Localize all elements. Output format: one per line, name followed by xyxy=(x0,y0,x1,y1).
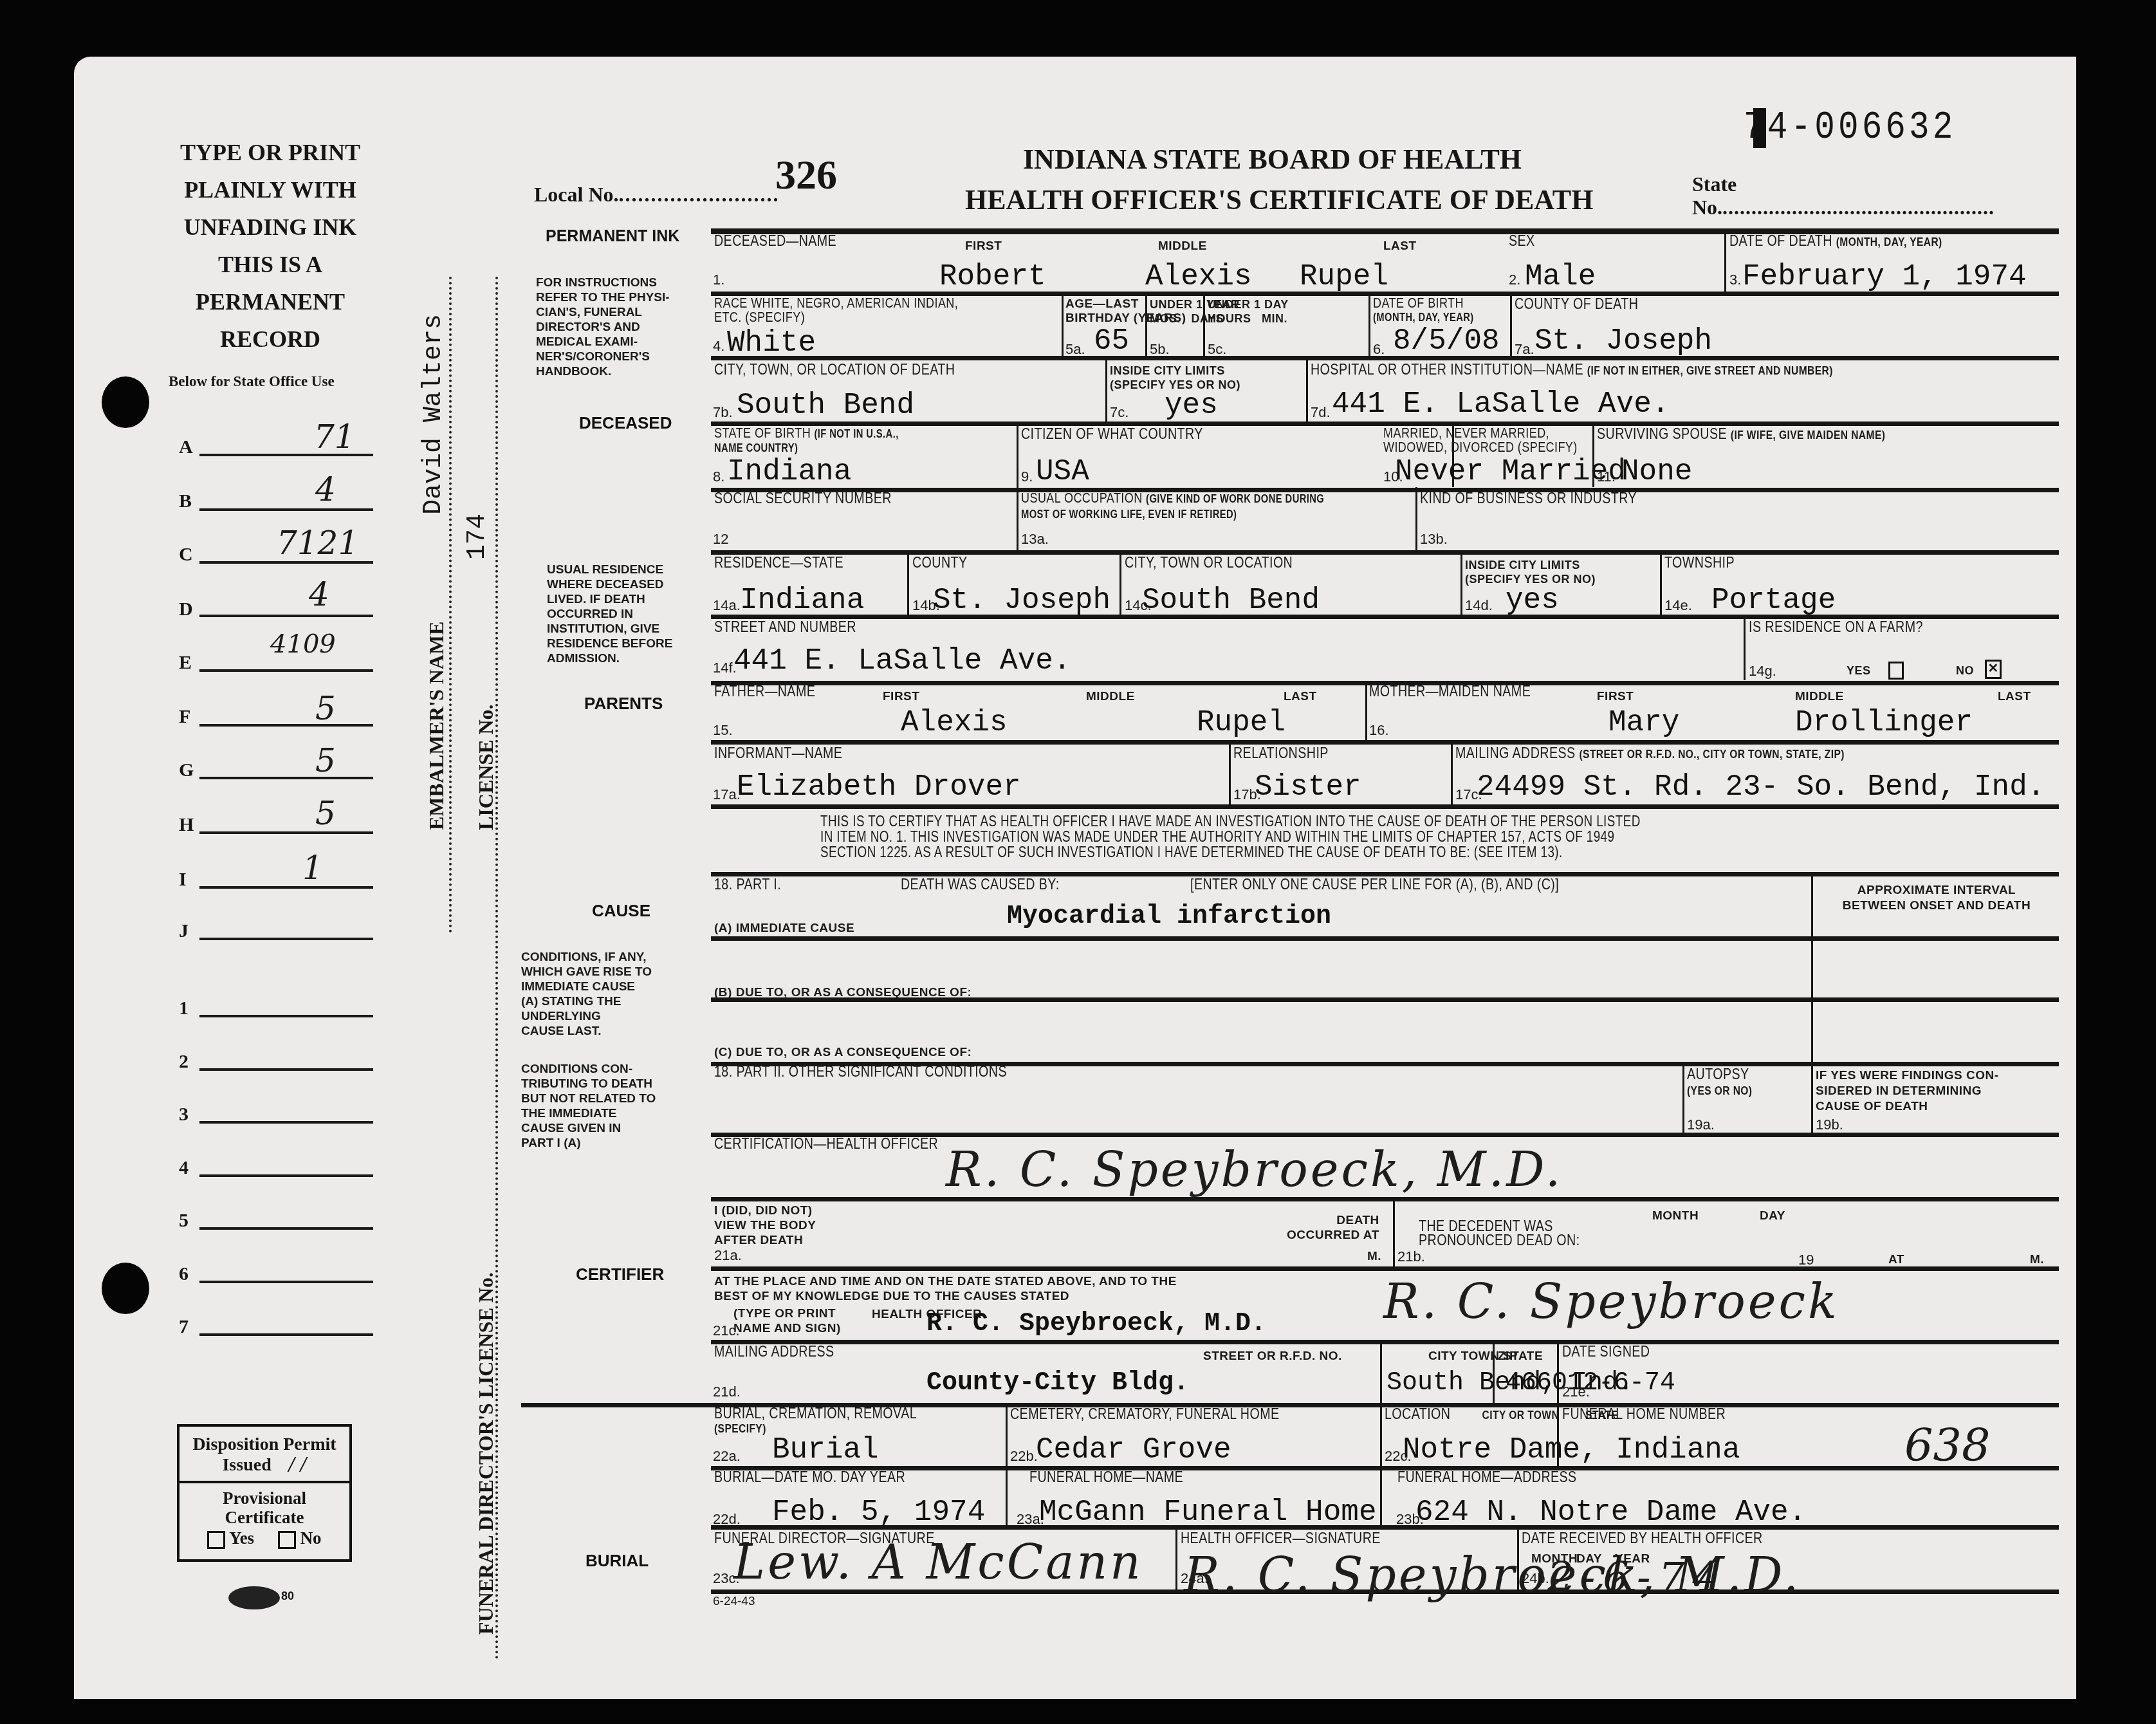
burial-location: Notre Dame, Indiana xyxy=(1403,1434,1740,1466)
farm-label: IS RESIDENCE ON A FARM? xyxy=(1749,619,1923,635)
county-of-death-label: COUNTY OF DEATH xyxy=(1515,296,1638,312)
permit-label: Disposition Permit xyxy=(180,1427,349,1455)
rule xyxy=(711,804,2059,809)
section-burial: BURIAL xyxy=(585,1551,649,1571)
certification-signature: R. C. Speybroeck, M.D. xyxy=(946,1142,1563,1198)
death-occurred-at-label: DEATHOCCURRED AT xyxy=(1287,1213,1379,1243)
section-deceased: DECEASED xyxy=(579,413,672,433)
code-letter: 5 xyxy=(179,1210,189,1232)
father-first-label: FIRST xyxy=(883,689,919,705)
autopsy-label: AUTOPSY(YES OR NO) xyxy=(1687,1066,1752,1100)
local-no-value: 326 xyxy=(775,151,837,199)
first-label: FIRST xyxy=(965,238,1002,254)
informant-address: 24499 St. Rd. 23- So. Bend, Ind. xyxy=(1477,771,2045,803)
mother-last-label: LAST xyxy=(1998,689,2031,705)
surviving-spouse-label: SURVIVING SPOUSE (IF WIFE, GIVE MAIDEN N… xyxy=(1597,426,1885,443)
provisional-label: Provisional xyxy=(180,1483,349,1508)
code-value-c: 7121 xyxy=(277,524,358,562)
residence-state: Indiana xyxy=(740,584,864,616)
state-no-stamp-mark xyxy=(1753,108,1766,148)
residence-county: St. Joseph xyxy=(933,584,1110,616)
township-label: TOWNSHIP xyxy=(1664,555,1735,571)
instructions-side-label: FOR INSTRUCTIONSREFER TO THE PHYSI-CIAN'… xyxy=(536,275,670,379)
embalmer-name-label: EMBALMER'S NAME xyxy=(425,622,448,830)
rule xyxy=(711,1466,2059,1470)
code-letter: B xyxy=(179,490,192,512)
pronounced-day-label: DAY xyxy=(1760,1208,1785,1224)
rule xyxy=(711,1266,2059,1271)
findings-label: IF YES WERE FINDINGS CON-SIDERED IN DETE… xyxy=(1816,1068,1999,1115)
disposition-permit-box: Disposition Permit Issued / / Provisiona… xyxy=(177,1424,352,1562)
part-1-label: 18. PART I. xyxy=(714,876,781,893)
code-value-e: 4109 xyxy=(270,629,336,659)
usual-residence-side-label: USUAL RESIDENCEWHERE DECEASEDLIVED. IF D… xyxy=(547,562,672,666)
mother-last-name: Drollinger xyxy=(1795,707,1973,739)
under-1-day-label: UNDER 1 DAYHOURS MIN. xyxy=(1208,297,1289,326)
mother-first-name: Mary xyxy=(1608,707,1679,739)
father-middle-label: MIDDLE xyxy=(1086,689,1135,705)
rule xyxy=(711,1197,2059,1201)
funeral-home-name: McGann Funeral Home xyxy=(1039,1496,1377,1528)
funeral-director-signature: Lew. A McCann xyxy=(733,1535,1143,1590)
binder-hole-bottom xyxy=(102,1263,149,1314)
conditions-side-label: CONDITIONS, IF ANY,WHICH GAVE RISE TOIMM… xyxy=(521,950,652,1039)
code-letter: I xyxy=(179,869,187,891)
pronounced-m-label: M. xyxy=(2030,1252,2044,1268)
local-no-label: Local No.......................... xyxy=(534,183,780,207)
death-caused-by-label: DEATH WAS CAUSED BY: xyxy=(901,876,1060,893)
code-letter: H xyxy=(179,814,194,836)
code-letter: 2 xyxy=(179,1051,189,1073)
burial-date-label: BURIAL—DATE MO. DAY YEAR xyxy=(714,1469,905,1485)
provisional-yes-checkbox[interactable] xyxy=(207,1531,225,1549)
citizen-label: CITIZEN OF WHAT COUNTRY xyxy=(1021,426,1203,442)
license-no: 174 xyxy=(463,514,492,560)
rule xyxy=(711,936,2059,941)
provisional-no-label: No xyxy=(300,1528,322,1548)
funeral-director-license-label: FUNERAL DIRECTOR'S LICENSE No. xyxy=(474,1272,498,1635)
surviving-spouse: None xyxy=(1621,456,1692,488)
city-of-death-label: CITY, TOWN, OR LOCATION OF DEATH xyxy=(714,362,955,378)
pronounced-at-label: AT xyxy=(1888,1252,1904,1268)
funeral-home-address: 624 N. Notre Dame Ave. xyxy=(1415,1496,1806,1528)
date-received-label: DATE RECEIVED BY HEALTH OFFICER xyxy=(1522,1530,1763,1546)
provisional-no-checkbox[interactable] xyxy=(278,1531,296,1549)
street-label: STREET AND NUMBER xyxy=(714,619,856,635)
provisional-yes-label: Yes xyxy=(229,1528,254,1548)
date-of-birth-label: DATE OF BIRTH(MONTH, DAY, YEAR) xyxy=(1373,296,1474,324)
farm-no-label: NO xyxy=(1956,663,1974,679)
burial-method: Burial xyxy=(772,1434,879,1466)
occupation-label: USUAL OCCUPATION (GIVE KIND OF WORK DONE… xyxy=(1021,490,1324,522)
certification-health-officer-label: CERTIFICATION—HEALTH OFFICER xyxy=(714,1136,938,1152)
father-last-name: Rupel xyxy=(1197,707,1285,739)
form-revision-date: 6-24-43 xyxy=(713,1595,755,1609)
view-body-label: I (DID, DID NOT)VIEW THE BODYAFTER DEATH xyxy=(714,1203,816,1248)
instructions-block: TYPE OR PRINT PLAINLY WITH UNFADING INK … xyxy=(164,134,376,358)
cemetery: Cedar Grove xyxy=(1036,1434,1231,1466)
binder-hole-top xyxy=(102,376,149,428)
code-letter: 4 xyxy=(179,1157,189,1179)
date-signed: 2-6-74 xyxy=(1583,1367,1675,1400)
code-value-d: 4 xyxy=(309,576,329,613)
code-letter: F xyxy=(179,706,190,728)
certifier-signature: R. C. Speybroeck xyxy=(1383,1274,1839,1330)
state-no-value: 74-006632 xyxy=(1744,104,1957,150)
deceased-sex: Male xyxy=(1525,261,1596,293)
part-2-label: 18. PART II. OTHER SIGNIFICANT CONDITION… xyxy=(714,1064,1007,1080)
code-letter: 3 xyxy=(179,1104,189,1126)
code-letter: 6 xyxy=(179,1263,189,1285)
residence-inside-limits: yes xyxy=(1506,584,1559,616)
deceased-first-name: Robert xyxy=(939,261,1046,293)
cemetery-label: CEMETERY, CREMATORY, FUNERAL HOME xyxy=(1010,1406,1280,1422)
father-first-name: Alexis xyxy=(901,707,1008,739)
code-letter: C xyxy=(179,544,193,566)
state-no-label: StateNo.................................… xyxy=(1692,172,1995,219)
hospital-name: 441 E. LaSalle Ave. xyxy=(1332,388,1670,420)
instruction-line: TYPE OR PRINT xyxy=(164,134,376,171)
pronounced-month-label: MONTH xyxy=(1652,1208,1699,1224)
code-letter: G xyxy=(179,759,194,781)
immediate-cause: Myocardial infarction xyxy=(1007,901,1331,933)
certifier-mailing-label: MAILING ADDRESS xyxy=(714,1344,834,1360)
relationship-label: RELATIONSHIP xyxy=(1233,745,1329,761)
burial-method-label: BURIAL, CREMATION, REMOVAL(SPECIFY) xyxy=(714,1406,917,1437)
state-of-birth: Indiana xyxy=(727,456,851,488)
date-signed-label: DATE SIGNED xyxy=(1562,1344,1650,1360)
race-label: RACE WHITE, NEGRO, AMERICAN INDIAN,ETC. … xyxy=(714,296,958,324)
ssn-label: SOCIAL SECURITY NUMBER xyxy=(714,490,892,506)
farm-yes-label: YES xyxy=(1847,663,1871,679)
inside-city-limits: yes xyxy=(1165,389,1218,422)
form-org-title: INDIANA STATE BOARD OF HEALTH xyxy=(1023,143,1522,176)
certifier-printed-name: R. C. Speybroeck, M.D. xyxy=(926,1308,1266,1340)
cause-b-label: (b) DUE TO, OR AS A CONSEQUENCE OF: xyxy=(714,985,972,1001)
interval-label: APPROXIMATE INTERVALBETWEEN ONSET AND DE… xyxy=(1818,883,2056,914)
license-no-label: LICENSE No. xyxy=(474,704,498,830)
instruction-line: PERMANENT xyxy=(164,283,376,320)
time-m-label: M. xyxy=(1367,1248,1381,1265)
mailing-address-label: MAILING ADDRESS (STREET OR R.F.D. NO., C… xyxy=(1455,745,1845,763)
pronounced-dead-label: THE DECEDENT WASPRONOUNCED DEAD ON: xyxy=(1419,1219,1580,1248)
informant-name-label: INFORMANT—NAME xyxy=(714,745,842,761)
hospital-label: HOSPITAL OR OTHER INSTITUTION—NAME (IF N… xyxy=(1311,362,1833,379)
immediate-cause-label: (a) IMMEDIATE CAUSE xyxy=(714,920,854,936)
code-value-i: 1 xyxy=(302,849,323,887)
section-certifier: CERTIFIER xyxy=(576,1265,664,1284)
section-parents: PARENTS xyxy=(584,694,663,714)
informant-name: Elizabeth Drover xyxy=(737,771,1021,803)
code-letter: 7 xyxy=(179,1316,189,1338)
residence-county-label: COUNTY xyxy=(912,555,968,571)
rule xyxy=(711,488,2059,492)
code-letter: A xyxy=(179,436,193,458)
relationship: Sister xyxy=(1255,771,1361,803)
code-letter: D xyxy=(179,598,193,620)
funeral-home-name-label: FUNERAL HOME—NAME xyxy=(1029,1469,1183,1485)
code-value-g: 5 xyxy=(315,742,336,779)
date-of-death-label: DATE OF DEATH (MONTH, DAY, YEAR) xyxy=(1729,233,1942,250)
code-letter: 1 xyxy=(179,997,189,1019)
date-of-death: February 1, 1974 xyxy=(1742,261,2027,293)
rule xyxy=(711,1340,2059,1344)
residence-city: South Bend xyxy=(1142,584,1320,616)
section-cause: CAUSE xyxy=(592,901,650,921)
rule xyxy=(711,740,2059,745)
funeral-home-address-label: FUNERAL HOME—ADDRESS xyxy=(1397,1469,1577,1485)
residence-street: 441 E. LaSalle Ave. xyxy=(733,645,1071,677)
residence-state-label: RESIDENCE—STATE xyxy=(714,555,843,571)
funeral-home-number: 638 xyxy=(1904,1419,1991,1472)
code-value-a: 71 xyxy=(314,418,355,456)
deceased-middle-name: Alexis xyxy=(1145,261,1252,293)
permit-issued-label: Issued xyxy=(222,1455,271,1475)
form-title: HEALTH OFFICER'S CERTIFICATE OF DEATH xyxy=(965,183,1593,216)
permanent-ink-label: PERMANENT INK xyxy=(546,227,679,246)
city-of-death: South Bend xyxy=(737,389,914,422)
instruction-line: PLAINLY WITH xyxy=(164,171,376,209)
burial-date: Feb. 5, 1974 xyxy=(772,1496,985,1528)
permit-issued-value: / / xyxy=(289,1454,307,1475)
inside-city-limits-label: INSIDE CITY LIMITS(SPECIFY YES OR NO) xyxy=(1110,364,1240,392)
certifier-zip-label: ZIP xyxy=(1498,1348,1518,1364)
age-value: 65 xyxy=(1094,325,1129,357)
rule xyxy=(711,356,2059,360)
stated-above-text: AT THE PLACE AND TIME AND ON THE DATE ST… xyxy=(714,1274,1177,1304)
mother-name-label: MOTHER—MAIDEN NAME xyxy=(1369,683,1531,700)
cause-c-label: (c) DUE TO, OR AS A CONSEQUENCE OF: xyxy=(714,1044,972,1061)
race-value: White xyxy=(727,327,816,359)
cause-instructions: [ENTER ONLY ONE CAUSE PER LINE FOR (a), … xyxy=(1190,876,1559,893)
code-letter: J xyxy=(179,920,189,942)
embalmer-dotted-line xyxy=(449,277,454,933)
mother-middle-label: MIDDLE xyxy=(1795,689,1844,705)
sex-label: SEX xyxy=(1509,233,1535,249)
farm-yes-checkbox[interactable] xyxy=(1888,662,1904,680)
state-office-use-label: Below for State Office Use xyxy=(169,373,335,390)
citizenship: USA xyxy=(1036,456,1089,488)
instruction-line: UNFADING INK xyxy=(164,209,376,246)
farm-no-checkbox-checked[interactable]: ✕ xyxy=(1985,660,2002,679)
funeral-home-number-label: FUNERAL HOME NUMBER xyxy=(1562,1406,1726,1422)
father-name-label: FATHER—NAME xyxy=(714,683,815,700)
marital-status-label: MARRIED, NEVER MARRIED,WIDOWED, DIVORCED… xyxy=(1383,426,1578,454)
code-letter: E xyxy=(179,652,192,674)
certificate-label: Certificate xyxy=(180,1508,349,1527)
middle-label: MIDDLE xyxy=(1158,238,1207,254)
instruction-line: RECORD xyxy=(164,320,376,358)
code-value-h: 5 xyxy=(315,795,336,832)
certifier-city-label: CITY TOWN STATE xyxy=(1428,1348,1543,1364)
state-of-birth-label: STATE OF BIRTH (IF NOT IN U.S.A.,NAME CO… xyxy=(714,426,899,455)
township: Portage xyxy=(1711,584,1836,616)
embalmer-name: David Walters xyxy=(419,314,448,515)
type-print-label: (TYPE OR PRINTNAME AND SIGN) xyxy=(733,1306,841,1336)
deceased-last-name: Rupel xyxy=(1300,261,1388,293)
union-label-number: 80 xyxy=(281,1590,294,1603)
business-label: KIND OF BUSINESS OR INDUSTRY xyxy=(1420,490,1637,506)
date-received: 2-6-74 xyxy=(1547,1554,1726,1602)
certifier-street: County-City Bldg. xyxy=(926,1367,1189,1400)
instruction-line: THIS IS A xyxy=(164,246,376,283)
residence-city-label: CITY, TOWN OR LOCATION xyxy=(1125,555,1293,571)
health-officer-signature-label: HEALTH OFFICER—SIGNATURE xyxy=(1181,1530,1381,1546)
county-of-death: St. Joseph xyxy=(1534,325,1712,357)
mother-first-label: FIRST xyxy=(1597,689,1634,705)
code-value-b: 4 xyxy=(315,471,336,508)
deceased-name-label: DECEASED—NAME xyxy=(714,233,836,249)
union-label-icon xyxy=(228,1586,280,1609)
certification-statement: THIS IS TO CERTIFY THAT AS HEALTH OFFICE… xyxy=(820,813,1641,860)
date-of-birth: 8/5/08 xyxy=(1393,325,1500,357)
contributing-side-label: CONDITIONS CON-TRIBUTING TO DEATHBUT NOT… xyxy=(521,1062,656,1151)
code-value-f: 5 xyxy=(315,690,336,727)
marital-status: Never Married xyxy=(1395,456,1626,488)
last-label: LAST xyxy=(1383,238,1417,254)
residence-inside-limits-label: INSIDE CITY LIMITS(SPECIFY YES OR NO) xyxy=(1465,558,1596,586)
certifier-street-label: STREET OR R.F.D. NO. xyxy=(1203,1348,1342,1364)
father-last-label: LAST xyxy=(1284,689,1317,705)
